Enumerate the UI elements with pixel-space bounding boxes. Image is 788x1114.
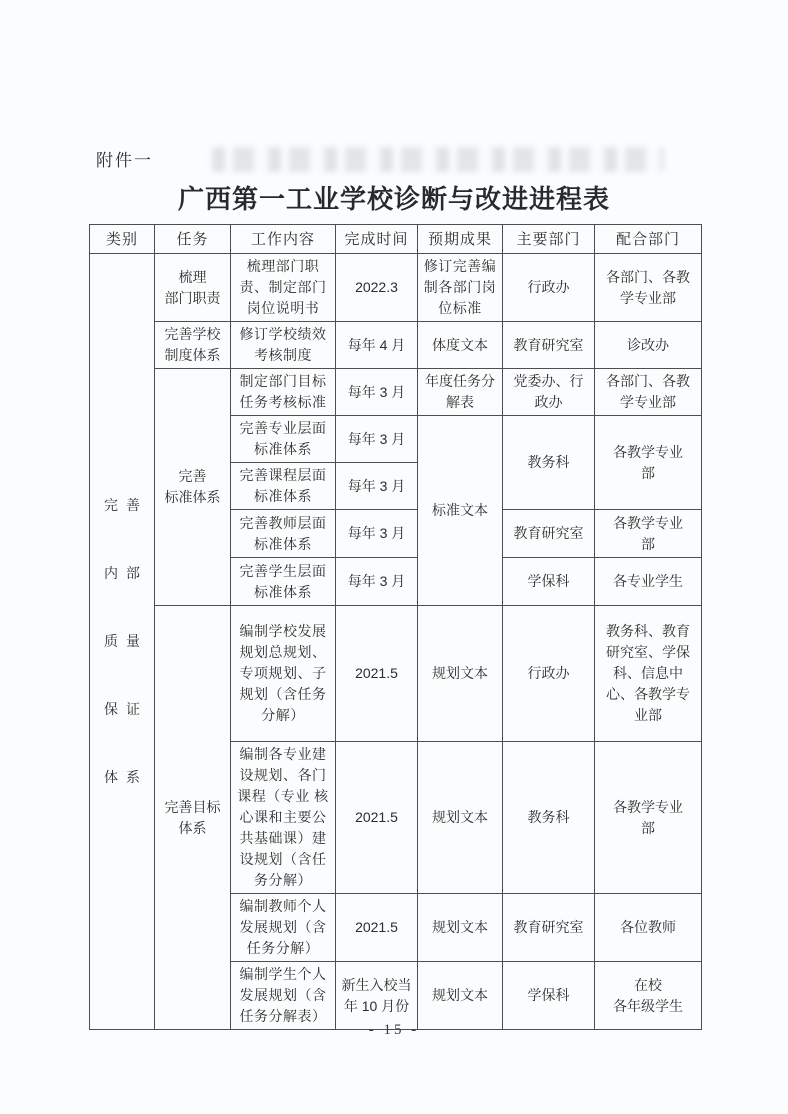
cell-time: 每年 3 月	[336, 463, 418, 510]
category-line: 完善	[93, 495, 151, 516]
table-row: 完善学校 制度体系 修订学校绩效 考核制度 每年 4 月 体度文本 教育研究室 …	[90, 322, 702, 369]
table-row: 完善目标 体系 编制学校发展 规划总规划、 专项规划、子 规划（含任务 分解） …	[90, 606, 702, 742]
attachment-label: 附件一	[96, 146, 153, 171]
cell-time: 每年 4 月	[336, 322, 418, 369]
page-number: - 15 -	[0, 1022, 788, 1039]
column-header-time: 完成时间	[336, 225, 418, 254]
cell-time: 每年 3 月	[336, 369, 418, 416]
cell-support-dept: 各部门、各教 学专业部	[595, 369, 702, 416]
cell-result: 规划文本	[418, 962, 503, 1030]
cell-result: 体度文本	[418, 322, 503, 369]
cell-support-dept: 各教学专业 部	[595, 416, 702, 510]
cell-support-dept: 各专业学生	[595, 558, 702, 606]
cell-time: 新生入校当 年 10 月份	[336, 962, 418, 1030]
cell-time: 2021.5	[336, 742, 418, 894]
cell-main-dept: 行政办	[503, 254, 595, 322]
cell-content: 编制各专业建 设规划、各门 课程（专业 核 心课和主要公 共基础课）建 设规划（…	[231, 742, 336, 894]
cell-result: 规划文本	[418, 606, 503, 742]
cell-content: 编制学校发展 规划总规划、 专项规划、子 规划（含任务 分解）	[231, 606, 336, 742]
column-header-content: 工作内容	[231, 225, 336, 254]
table-header-row: 类别 任务 工作内容 完成时间 预期成果 主要部门 配合部门	[90, 225, 702, 254]
document-page: 附件一 广西第一工业学校诊断与改进进程表 类别 任务 工作内容 完成时间 预期成…	[0, 0, 788, 1114]
cell-main-dept: 教育研究室	[503, 894, 595, 962]
cell-main-dept: 党委办、行 政办	[503, 369, 595, 416]
cell-time: 2021.5	[336, 894, 418, 962]
cell-main-dept: 教育研究室	[503, 510, 595, 558]
cell-time: 2021.5	[336, 606, 418, 742]
document-title: 广西第一工业学校诊断与改进进程表	[0, 179, 788, 216]
cell-support-dept: 各教学专业 部	[595, 510, 702, 558]
cell-result: 规划文本	[418, 894, 503, 962]
cell-result: 年度任务分 解表	[418, 369, 503, 416]
cell-support-dept: 诊改办	[595, 322, 702, 369]
cell-support-dept: 各部门、各教 学专业部	[595, 254, 702, 322]
table-row: 完善 内部 质量 保证 体系 梳理 部门职责 梳理部门职 责、制定部门 岗位说明…	[90, 254, 702, 322]
category-line: 质量	[93, 631, 151, 652]
category-line: 体系	[93, 767, 151, 788]
column-header-main-dept: 主要部门	[503, 225, 595, 254]
table-row: 完善 标准体系 制定部门目标 任务考核标准 每年 3 月 年度任务分 解表 党委…	[90, 369, 702, 416]
cell-main-dept: 行政办	[503, 606, 595, 742]
cell-support-dept: 教务科、教育 研究室、学保 科、信息中 心、各教学专 业部	[595, 606, 702, 742]
cell-content: 完善专业层面 标准体系	[231, 416, 336, 463]
cell-main-dept: 学保科	[503, 962, 595, 1030]
ink-bleedthrough-artifact	[212, 147, 664, 172]
cell-time: 2022.3	[336, 254, 418, 322]
cell-time: 每年 3 月	[336, 510, 418, 558]
cell-task: 完善目标 体系	[155, 606, 231, 1030]
cell-time: 每年 3 月	[336, 416, 418, 463]
cell-content: 制定部门目标 任务考核标准	[231, 369, 336, 416]
cell-main-dept: 学保科	[503, 558, 595, 606]
cell-main-dept: 教务科	[503, 416, 595, 510]
cell-time: 每年 3 月	[336, 558, 418, 606]
category-line: 内部	[93, 563, 151, 584]
cell-support-dept: 各位教师	[595, 894, 702, 962]
cell-category: 完善 内部 质量 保证 体系	[90, 254, 155, 1030]
cell-content: 完善课程层面 标准体系	[231, 463, 336, 510]
cell-result: 修订完善编 制各部门岗 位标准	[418, 254, 503, 322]
cell-main-dept: 教育研究室	[503, 322, 595, 369]
cell-content: 编制教师个人 发展规划（含 任务分解）	[231, 894, 336, 962]
cell-content: 修订学校绩效 考核制度	[231, 322, 336, 369]
column-header-support-dept: 配合部门	[595, 225, 702, 254]
column-header-task: 任务	[155, 225, 231, 254]
cell-content: 完善教师层面 标准体系	[231, 510, 336, 558]
category-line: 保证	[93, 699, 151, 720]
cell-result: 规划文本	[418, 742, 503, 894]
cell-content: 编制学生个人 发展规划（含 任务分解表）	[231, 962, 336, 1030]
cell-task: 完善 标准体系	[155, 369, 231, 606]
cell-support-dept: 各教学专业 部	[595, 742, 702, 894]
cell-task: 梳理 部门职责	[155, 254, 231, 322]
cell-content: 梳理部门职 责、制定部门 岗位说明书	[231, 254, 336, 322]
progress-table: 类别 任务 工作内容 完成时间 预期成果 主要部门 配合部门 完善 内部 质量 …	[89, 224, 702, 1030]
cell-content: 完善学生层面 标准体系	[231, 558, 336, 606]
cell-result: 标准文本	[418, 416, 503, 606]
cell-task: 完善学校 制度体系	[155, 322, 231, 369]
column-header-result: 预期成果	[418, 225, 503, 254]
cell-main-dept: 教务科	[503, 742, 595, 894]
cell-support-dept: 在校 各年级学生	[595, 962, 702, 1030]
column-header-category: 类别	[90, 225, 155, 254]
